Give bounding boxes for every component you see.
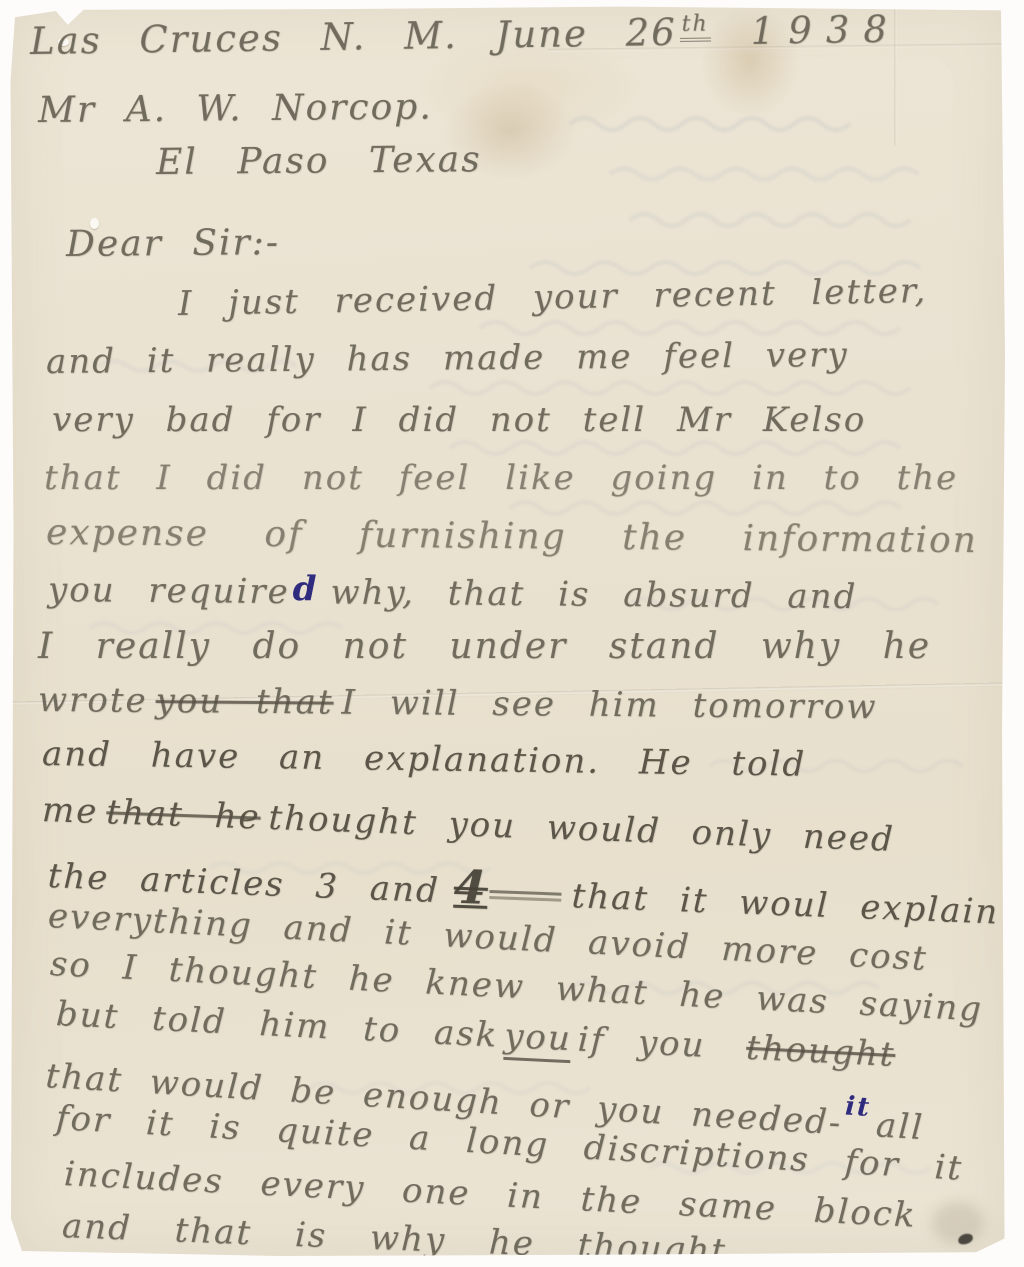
struck-words: that he: [106, 792, 262, 837]
body-line-19-post: all: [875, 1105, 925, 1148]
body-line-14-post: thought you would only need: [268, 798, 896, 860]
date-year: 1938: [750, 8, 901, 53]
recipient-line: Mr A. W. Norcop.: [38, 87, 433, 131]
place-date-line: Las Cruces N. M. June 26th1938: [30, 8, 901, 63]
struck-word: thought: [745, 1028, 896, 1075]
struck-words: you that: [155, 681, 333, 723]
body-line-9: expense of furnishing the information: [46, 512, 978, 561]
place-date-text: Las Cruces N. M. June 26: [30, 11, 677, 63]
body-line-18-mid: if you: [577, 1020, 707, 1066]
letter-paper: Las Cruces N. M. June 26th1938 Mr A. W. …: [10, 6, 1006, 1256]
body-line-10-pre: you require: [48, 570, 290, 612]
body-line-10-post: why, that is absurd and: [330, 572, 857, 617]
body-line-11: I really do not under stand why he: [38, 626, 931, 667]
body-line-7: very bad for I did not tell Mr Kelso: [52, 400, 866, 440]
body-line-8: that I did not feel like going in to the: [44, 458, 958, 498]
body-line-14-pre: me: [41, 790, 99, 832]
struck-numeral-four: 4: [453, 860, 489, 915]
body-line-12-post: I will see him tomorrow: [341, 683, 877, 728]
body-line-5: I just received your recent letter,: [178, 271, 928, 324]
ink-insert-it: it: [844, 1091, 872, 1122]
body-line-18-pre: but told him to ask: [55, 994, 499, 1056]
letter-scan: Las Cruces N. M. June 26th1938 Mr A. W. …: [0, 0, 1024, 1267]
body-line-6: and it really has made me feel very: [46, 335, 849, 382]
body-line-10: you requiredwhy, that is absurd and: [48, 570, 858, 617]
recipient-city-line: El Paso Texas: [156, 139, 482, 183]
body-line-12-pre: wrote: [38, 680, 148, 721]
ink-insert-d: d: [293, 569, 319, 609]
body-line-12: wroteyou thatI will see him tomorrow: [38, 680, 878, 727]
salutation-line: Dear Sir:-: [66, 222, 280, 265]
strike-dash: [489, 886, 561, 903]
body-line-13: and have an explanation. He told: [42, 734, 807, 785]
underlined-word: you: [503, 1016, 573, 1063]
date-ordinal-suffix: th: [679, 11, 710, 41]
